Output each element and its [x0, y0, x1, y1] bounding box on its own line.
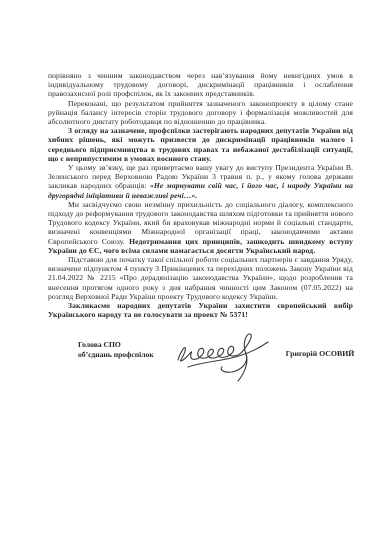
- paragraph-text: З огляду на зазначене, профспілки застер…: [48, 126, 353, 163]
- president-speech-paragraph: У цьому зв’язку, ще раз привертаємо вашу…: [48, 163, 353, 200]
- paragraph-text: Переконані, що результатом прийняття заз…: [48, 99, 353, 126]
- warning-paragraph: З огляду на зазначене, профспілки застер…: [48, 126, 353, 163]
- document-page: порівняно з чинним законодавством через …: [0, 0, 390, 535]
- signatory-name: Григорій ОСОВИЙ: [286, 349, 355, 358]
- conviction-paragraph: Переконані, що результатом прийняття заз…: [48, 99, 353, 127]
- commitment-paragraph: Ми засвідчуємо свою незмінну прихильніст…: [48, 200, 353, 255]
- signatory-title: Голова СПО об’єднань профспілок: [78, 340, 154, 358]
- signature-block: Голова СПО об’єднань профспілок Григорій…: [48, 340, 353, 382]
- letter-body: порівняно з чинним законодавством через …: [48, 71, 353, 319]
- legal-basis-paragraph: Підставою для початку такої спільної роб…: [48, 255, 353, 301]
- paragraph-text: Закликаємо народних депутатів України за…: [48, 301, 353, 319]
- final-call-paragraph: Закликаємо народних депутатів України за…: [48, 301, 353, 319]
- paragraph-text: порівняно з чинним законодавством через …: [48, 71, 353, 98]
- signatory-title-line2: об’єднань профспілок: [78, 350, 154, 359]
- paragraph-text: Підставою для початку такої спільної роб…: [48, 255, 353, 301]
- signatory-title-line1: Голова СПО: [78, 340, 154, 349]
- continuation-paragraph: порівняно з чинним законодавством через …: [48, 71, 353, 99]
- handwritten-signature-icon: [172, 330, 280, 382]
